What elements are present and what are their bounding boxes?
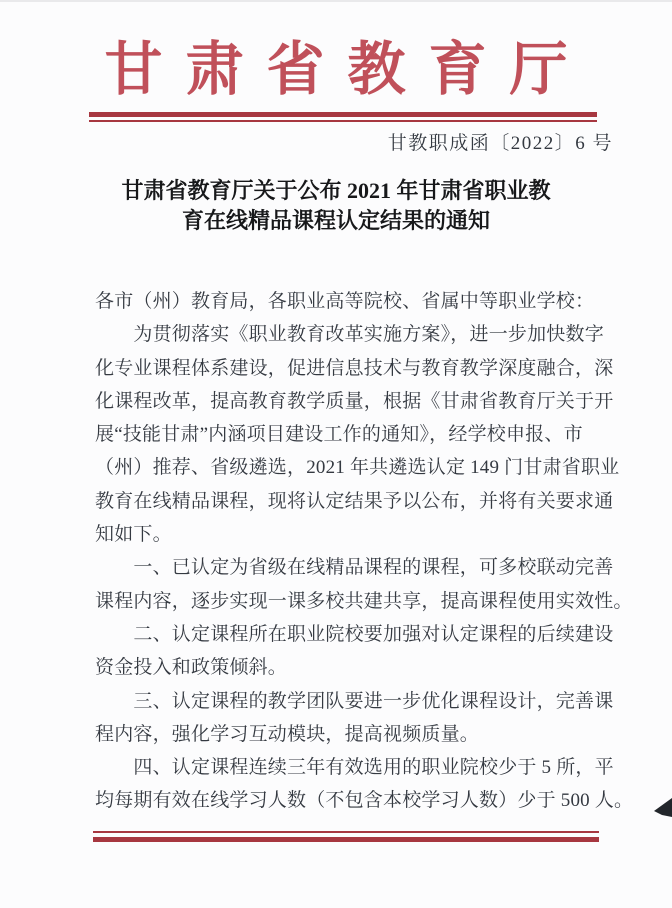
page-curl-artifact xyxy=(649,797,672,819)
letterhead-title: 甘肃省教育厅 xyxy=(0,38,672,102)
body-text-line: 化专业课程体系建设，促进信息技术与教育教学深度融合，深 xyxy=(95,352,609,385)
notice-title-line2: 育在线精品课程认定结果的通知 xyxy=(0,206,672,236)
footer-rule xyxy=(93,831,599,842)
body-text-line: 一、已认定为省级在线精品课程的课程，可多校联动完善 xyxy=(95,551,609,584)
body-text-line: 为贯彻落实《职业教育改革实施方案》，进一步加快数字 xyxy=(95,318,609,351)
body-text-line: 课程内容，逐步实现一课多校共建共享，提高课程使用实效性。 xyxy=(95,585,609,618)
body-text-line: 资金投入和政策倾斜。 xyxy=(95,651,609,684)
body-text-line: 各市（州）教育局，各职业高等院校、省属中等职业学校： xyxy=(95,285,609,318)
scanned-notice-page: 甘肃省教育厅 甘教职成函〔2022〕6 号 甘肃省教育厅关于公布 2021 年甘… xyxy=(0,0,672,908)
letterhead-divider-rule xyxy=(89,112,597,122)
body-text-line: 均每期有效在线学习人数（不包含本校学习人数）少于 500 人。 xyxy=(95,784,609,817)
notice-title-line1: 甘肃省教育厅关于公布 2021 年甘肃省职业教 xyxy=(0,176,672,206)
body-text-line: 二、认定课程所在职业院校要加强对认定课程的后续建设 xyxy=(95,618,609,651)
body-text-line: 教育在线精品课程，现将认定结果予以公布，并将有关要求通 xyxy=(95,485,609,518)
body-text-line: 展“技能甘肃”内涵项目建设工作的通知》，经学校申报、市 xyxy=(95,418,609,451)
body-text-line: 三、认定课程的教学团队要进一步优化课程设计，完善课 xyxy=(95,685,609,718)
body-text-line: 程内容，强化学习互动模块，提高视频质量。 xyxy=(95,718,609,751)
body-text-line: 知如下。 xyxy=(95,518,609,551)
body-text-line: （州）推荐、省级遴选，2021 年共遴选认定 149 门甘肃省职业 xyxy=(95,451,609,484)
body-text-line: 四、认定课程连续三年有效选用的职业院校少于 5 所，平 xyxy=(95,751,609,784)
notice-body: 各市（州）教育局，各职业高等院校、省属中等职业学校： 为贯彻落实《职业教育改革实… xyxy=(95,285,609,818)
notice-title: 甘肃省教育厅关于公布 2021 年甘肃省职业教 育在线精品课程认定结果的通知 xyxy=(0,176,672,236)
document-number: 甘教职成函〔2022〕6 号 xyxy=(95,132,613,156)
body-text-line: 化课程改革，提高教育教学质量，根据《甘肃省教育厅关于开 xyxy=(95,385,609,418)
